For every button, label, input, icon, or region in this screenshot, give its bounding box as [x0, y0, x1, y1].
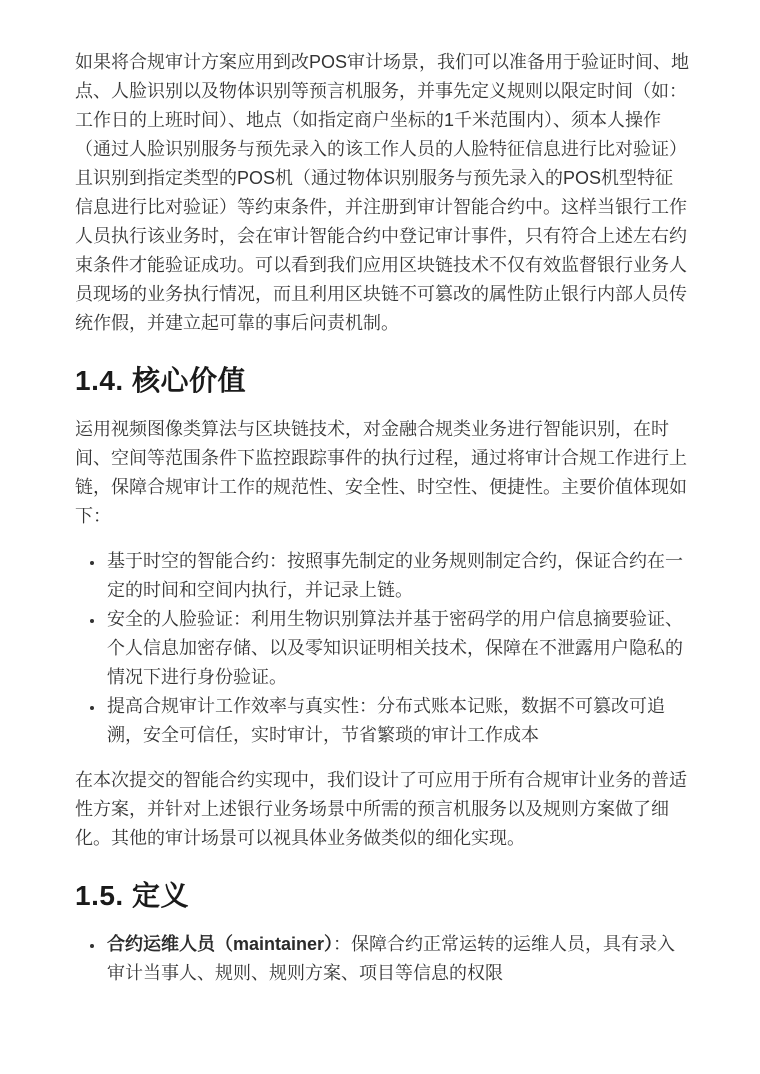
paragraph-implementation-summary: 在本次提交的智能合约实现中，我们设计了可应用于所有合规审计业务的普适性方案，并针…: [75, 766, 690, 853]
core-value-list: 基于时空的智能合约：按照事先制定的业务规则制定合约，保证合约在一定的时间和空间内…: [75, 547, 690, 750]
definition-term: 合约运维人员（maintainer）: [107, 934, 333, 954]
paragraph-pos-audit-scenario: 如果将合规审计方案应用到改POS审计场景，我们可以准备用于验证时间、地点、人脸识…: [75, 48, 690, 338]
paragraph-core-value-intro: 运用视频图像类算法与区块链技术，对金融合规类业务进行智能识别，在时间、空间等范围…: [75, 415, 690, 531]
list-item-maintainer: 合约运维人员（maintainer）：保障合约正常运转的运维人员，具有录入审计当…: [105, 930, 690, 988]
heading-core-value: 1.4. 核心价值: [75, 363, 690, 399]
document-page: 如果将合规审计方案应用到改POS审计场景，我们可以准备用于验证时间、地点、人脸识…: [0, 0, 760, 1074]
heading-definitions: 1.5. 定义: [75, 878, 690, 914]
list-item-face-verification: 安全的人脸验证：利用生物识别算法并基于密码学的用户信息摘要验证、个人信息加密存储…: [105, 605, 690, 692]
definitions-list: 合约运维人员（maintainer）：保障合约正常运转的运维人员，具有录入审计当…: [75, 930, 690, 988]
list-item-smart-contract: 基于时空的智能合约：按照事先制定的业务规则制定合约，保证合约在一定的时间和空间内…: [105, 547, 690, 605]
list-item-audit-efficiency: 提高合规审计工作效率与真实性：分布式账本记账，数据不可篡改可追溯，安全可信任，实…: [105, 692, 690, 750]
